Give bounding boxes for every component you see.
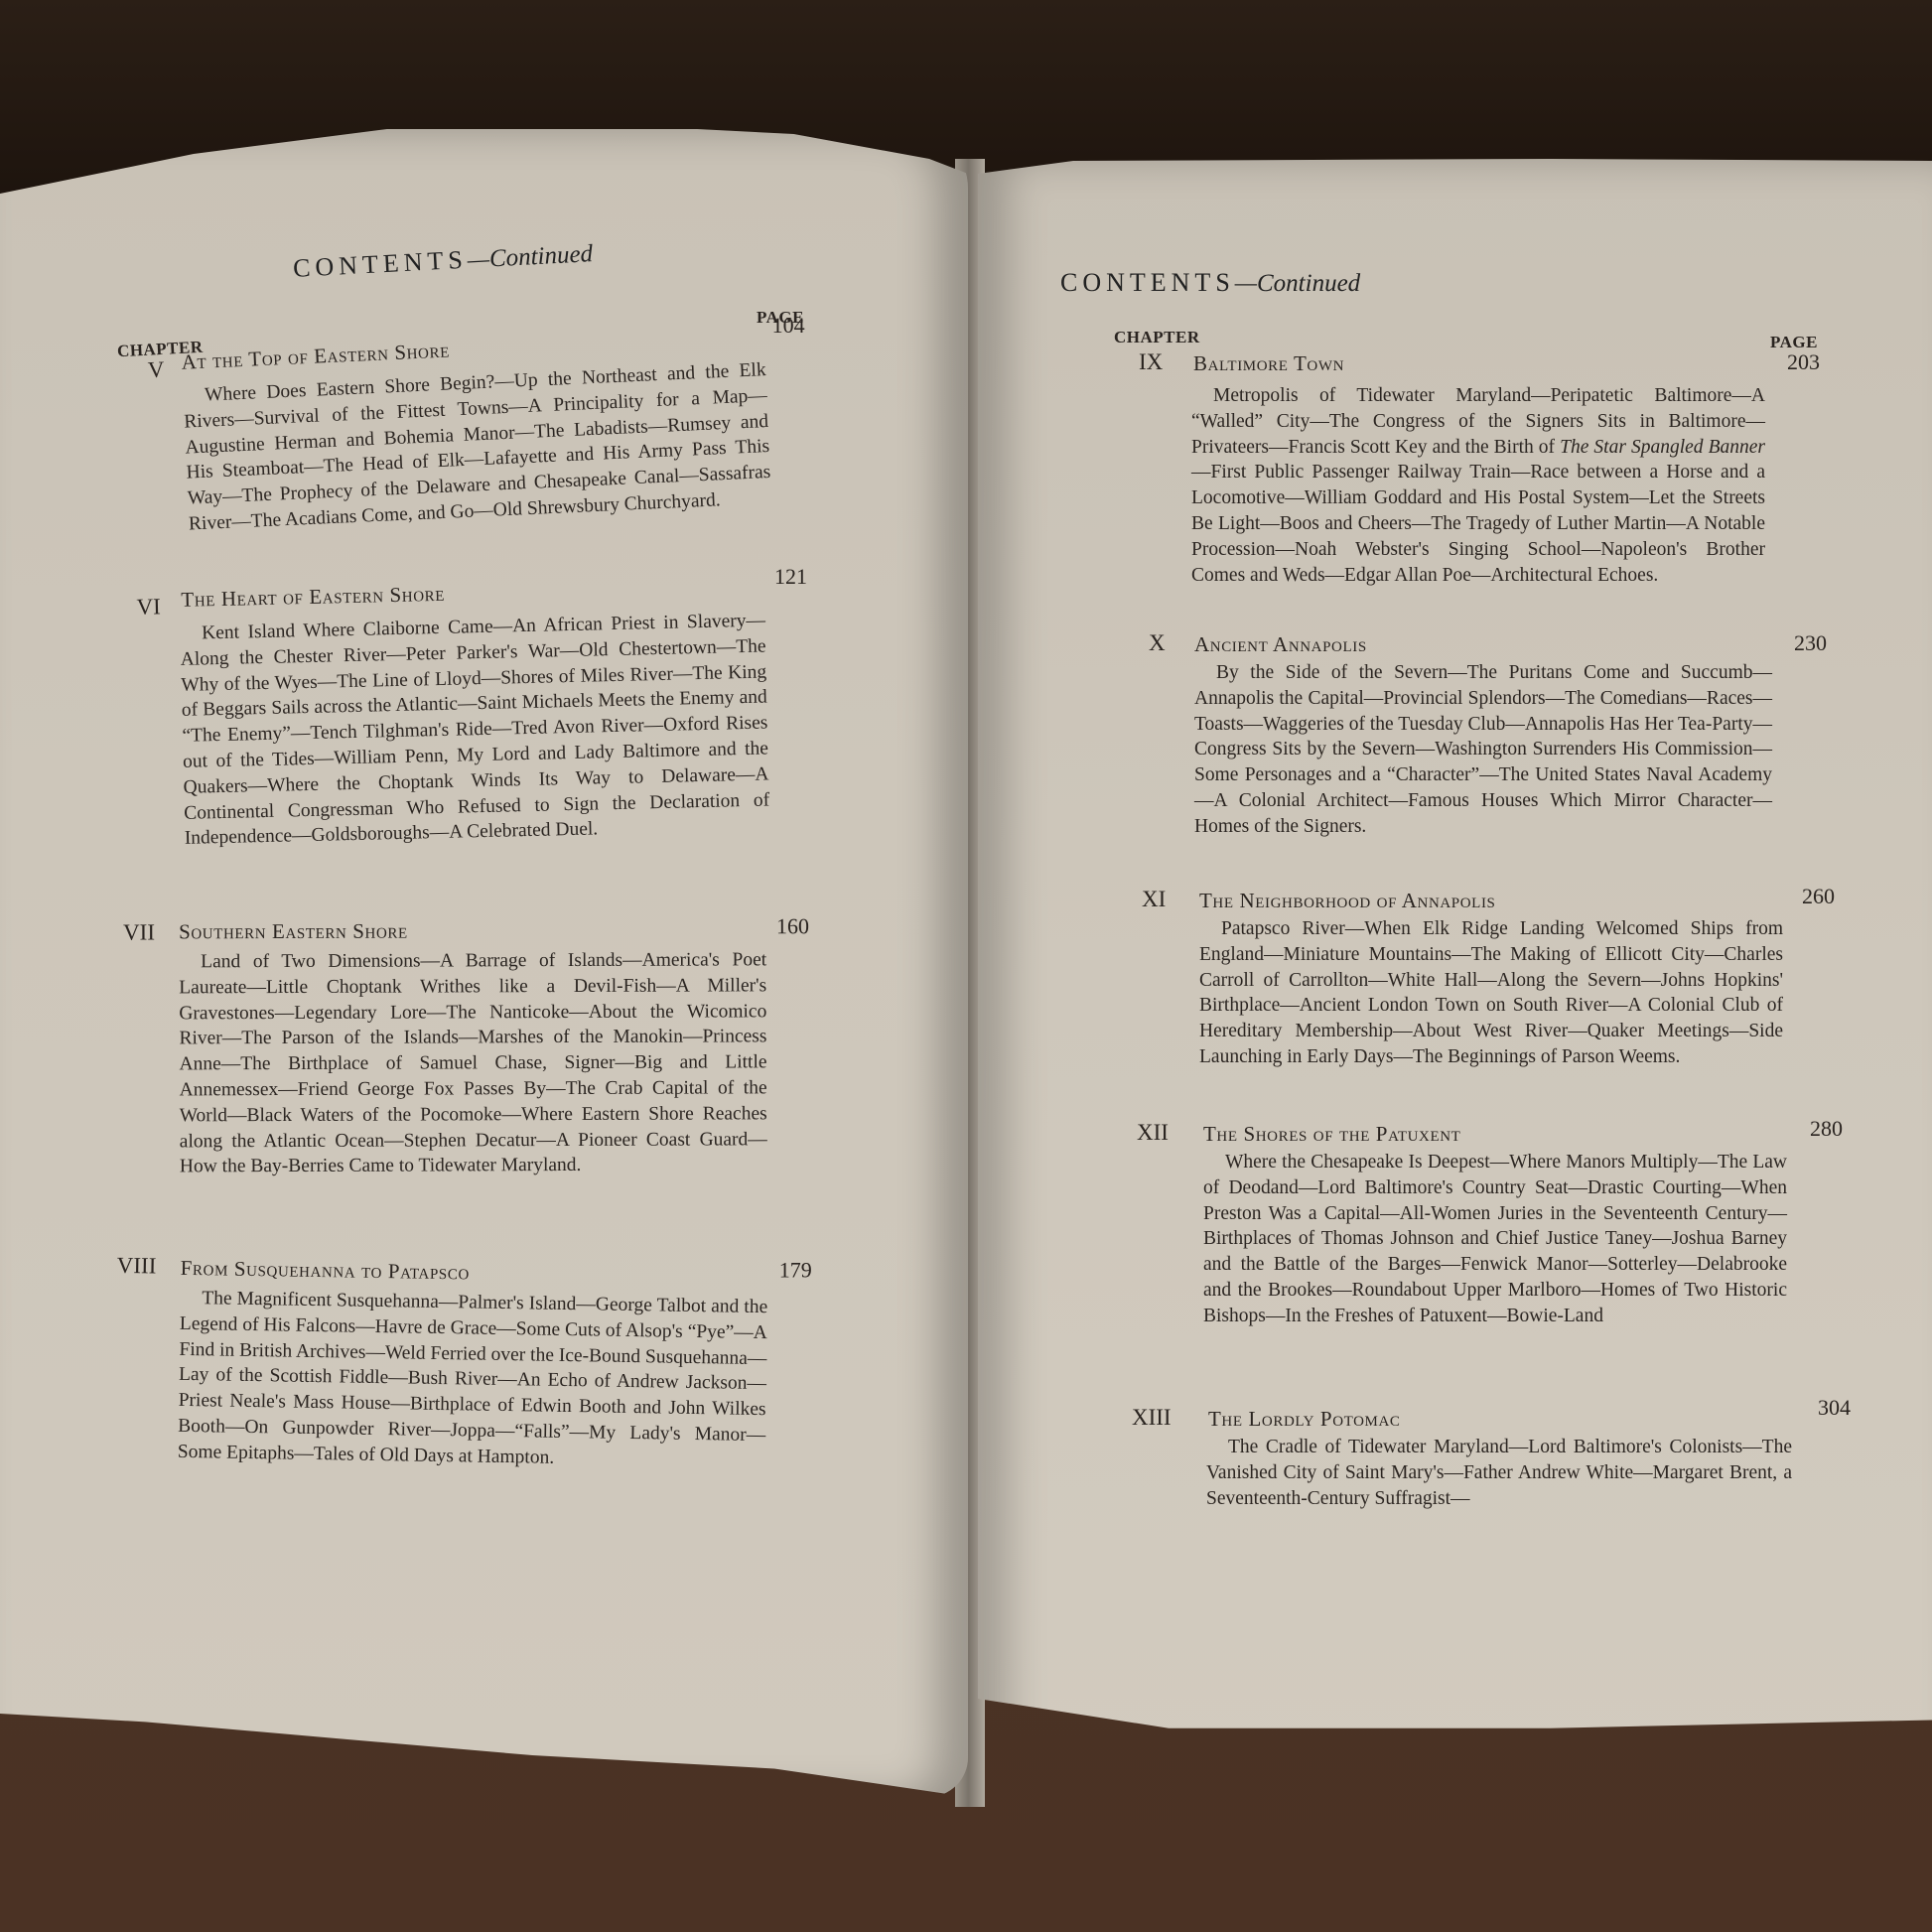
toc-entry-chapter-vi: VI The Heart of Eastern Shore 121 Kent I… [0,564,968,586]
chapter-title[interactable]: Baltimore Town [1193,351,1344,376]
chapter-title[interactable]: The Neighborhood of Annapolis [1199,889,1496,913]
chapter-page-number[interactable]: 260 [1802,884,1835,909]
chapter-page-number[interactable]: 230 [1794,630,1827,656]
chapter-description: Where the Chesapeake Is Deepest—Where Ma… [1203,1150,1787,1329]
toc-entry-chapter-v: V At the Top of Eastern Shore 104 Where … [0,309,967,352]
chapter-numeral: XI [1142,887,1166,912]
chapter-numeral: IX [1139,349,1163,375]
right-page: CONTENTS—Continued CHAPTER PAGE IX Balti… [978,159,1932,1797]
heading-continued: —Continued [1235,270,1360,297]
chapter-description: By the Side of the Severn—The Puritans C… [1194,660,1772,840]
chapter-title[interactable]: From Susquehanna to Patapsco [181,1256,470,1286]
toc-entry-chapter-vii: VII Southern Eastern Shore 160 Land of T… [0,915,968,918]
chapter-page-number[interactable]: 304 [1818,1395,1851,1421]
chapter-page-number[interactable]: 280 [1810,1116,1843,1142]
chapter-numeral: VII [123,919,155,945]
right-page-heading: CONTENTS—Continued [1060,268,1360,298]
toc-entry-chapter-viii: VIII From Susquehanna to Patapsco 179 Th… [0,1251,968,1266]
chapter-page-number[interactable]: 121 [774,564,807,590]
chapter-description: Metropolis of Tidewater Maryland—Peripat… [1191,383,1765,588]
chapter-numeral: V [147,357,165,384]
chapter-page-number[interactable]: 203 [1787,349,1820,375]
chapter-title[interactable]: Southern Eastern Shore [179,919,408,945]
chapter-title[interactable]: The Shores of the Patuxent [1203,1122,1460,1147]
chapter-page-number[interactable]: 160 [776,913,809,939]
chapter-numeral: X [1149,630,1166,656]
left-page: CONTENTS—Continued PAGE CHAPTER V At the… [0,129,968,1797]
chapter-description: Where Does Eastern Shore Begin?—Up the N… [183,357,772,537]
chapter-page-number[interactable]: 179 [779,1258,812,1284]
chapter-column-label: CHAPTER [1114,328,1200,347]
chapter-title[interactable]: The Lordly Potomac [1208,1407,1401,1432]
chapter-description: The Cradle of Tidewater Maryland—Lord Ba… [1206,1435,1792,1511]
chapter-numeral: VI [136,594,161,621]
heading-main: CONTENTS [1060,268,1235,297]
chapter-description: Kent Island Where Claiborne Came—An Afri… [180,609,770,852]
description-italic-title: The Star Spangled Banner [1560,437,1765,458]
chapter-description: Patapsco River—When Elk Ridge Landing We… [1199,916,1783,1070]
chapter-title[interactable]: At the Top of Eastern Shore [181,338,450,374]
chapter-page-number[interactable]: 104 [772,313,805,339]
chapter-description: Land of Two Dimensions—A Barrage of Isla… [179,947,767,1179]
chapter-description: The Magnificent Susquehanna—Palmer's Isl… [178,1286,768,1474]
chapter-numeral: XIII [1132,1405,1172,1431]
chapter-numeral: VIII [117,1253,157,1280]
chapter-title[interactable]: The Heart of Eastern Shore [181,582,445,613]
description-text: —First Public Passenger Railway Train—Ra… [1191,462,1765,585]
chapter-title[interactable]: Ancient Annapolis [1194,632,1367,657]
chapter-numeral: XII [1137,1120,1169,1146]
